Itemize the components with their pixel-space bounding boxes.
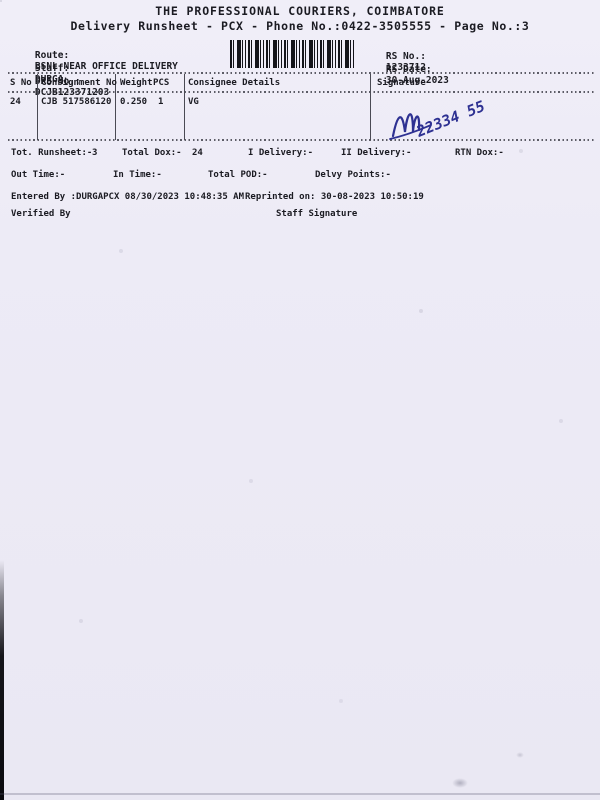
col-header-weight: Weight (120, 78, 153, 88)
col-header-pcs: PCS (153, 78, 169, 88)
handwritten-signature: 22334 55 (385, 88, 515, 146)
cell-weight: 0.250 (120, 97, 147, 107)
ii-delivery-label: II Delivery:- (341, 148, 411, 158)
separator-line (8, 72, 594, 74)
verified-by-label: Verified By (11, 209, 71, 219)
cell-pcs: 1 (158, 97, 163, 107)
cell-sno: 24 (10, 97, 21, 107)
scan-edge-artifact (0, 560, 4, 800)
runsheet-document: THE PROFESSIONAL COURIERS, COIMBATORE De… (0, 0, 600, 800)
staff-signature-label: Staff Signature (276, 209, 357, 219)
delvy-points-label: Delvy Points:- (315, 170, 391, 180)
tot-runsheet-value: 3 (92, 148, 97, 158)
col-header-consignment: Consignment No (41, 78, 117, 88)
col-header-sno: S No (10, 78, 32, 88)
out-time-label: Out Time:- (11, 170, 65, 180)
tot-runsheet-label: Tot. Runsheet:- (11, 148, 92, 158)
document-subtitle: Delivery Runsheet - PCX - Phone No.:0422… (0, 19, 600, 33)
column-divider (370, 74, 371, 140)
in-time-label: In Time:- (113, 170, 162, 180)
cell-consignment: CJB 517586120 (41, 97, 111, 107)
scan-noise-speckles (0, 0, 2, 2)
company-title: THE PROFESSIONAL COURIERS, COIMBATORE (0, 4, 600, 18)
signature-digits: 22334 55 (413, 97, 488, 141)
cell-consignee: VG (188, 97, 199, 107)
column-divider (184, 74, 185, 140)
total-pod-label: Total POD:- (208, 170, 268, 180)
column-divider (37, 74, 38, 140)
reprinted-on-line: Reprinted on: 30-08-2023 10:50:19 (245, 192, 424, 202)
entered-by-line: Entered By :DURGAPCX 08/30/2023 10:48:35… (11, 192, 244, 202)
i-delivery-label: I Delivery:- (248, 148, 313, 158)
scan-smudge-artifact (452, 778, 468, 788)
scan-edge-artifact (0, 793, 600, 795)
col-header-signature: Signature (377, 78, 426, 88)
col-header-consignee: Consignee Details (188, 78, 280, 88)
total-dox-label: Total Dox:- (122, 148, 182, 158)
rtn-dox-label: RTN Dox:- (455, 148, 504, 158)
total-dox-value: 24 (192, 148, 203, 158)
barcode-image (230, 40, 354, 68)
signature-scribble-icon: 22334 55 (385, 88, 515, 146)
scan-smudge-artifact (516, 752, 524, 758)
